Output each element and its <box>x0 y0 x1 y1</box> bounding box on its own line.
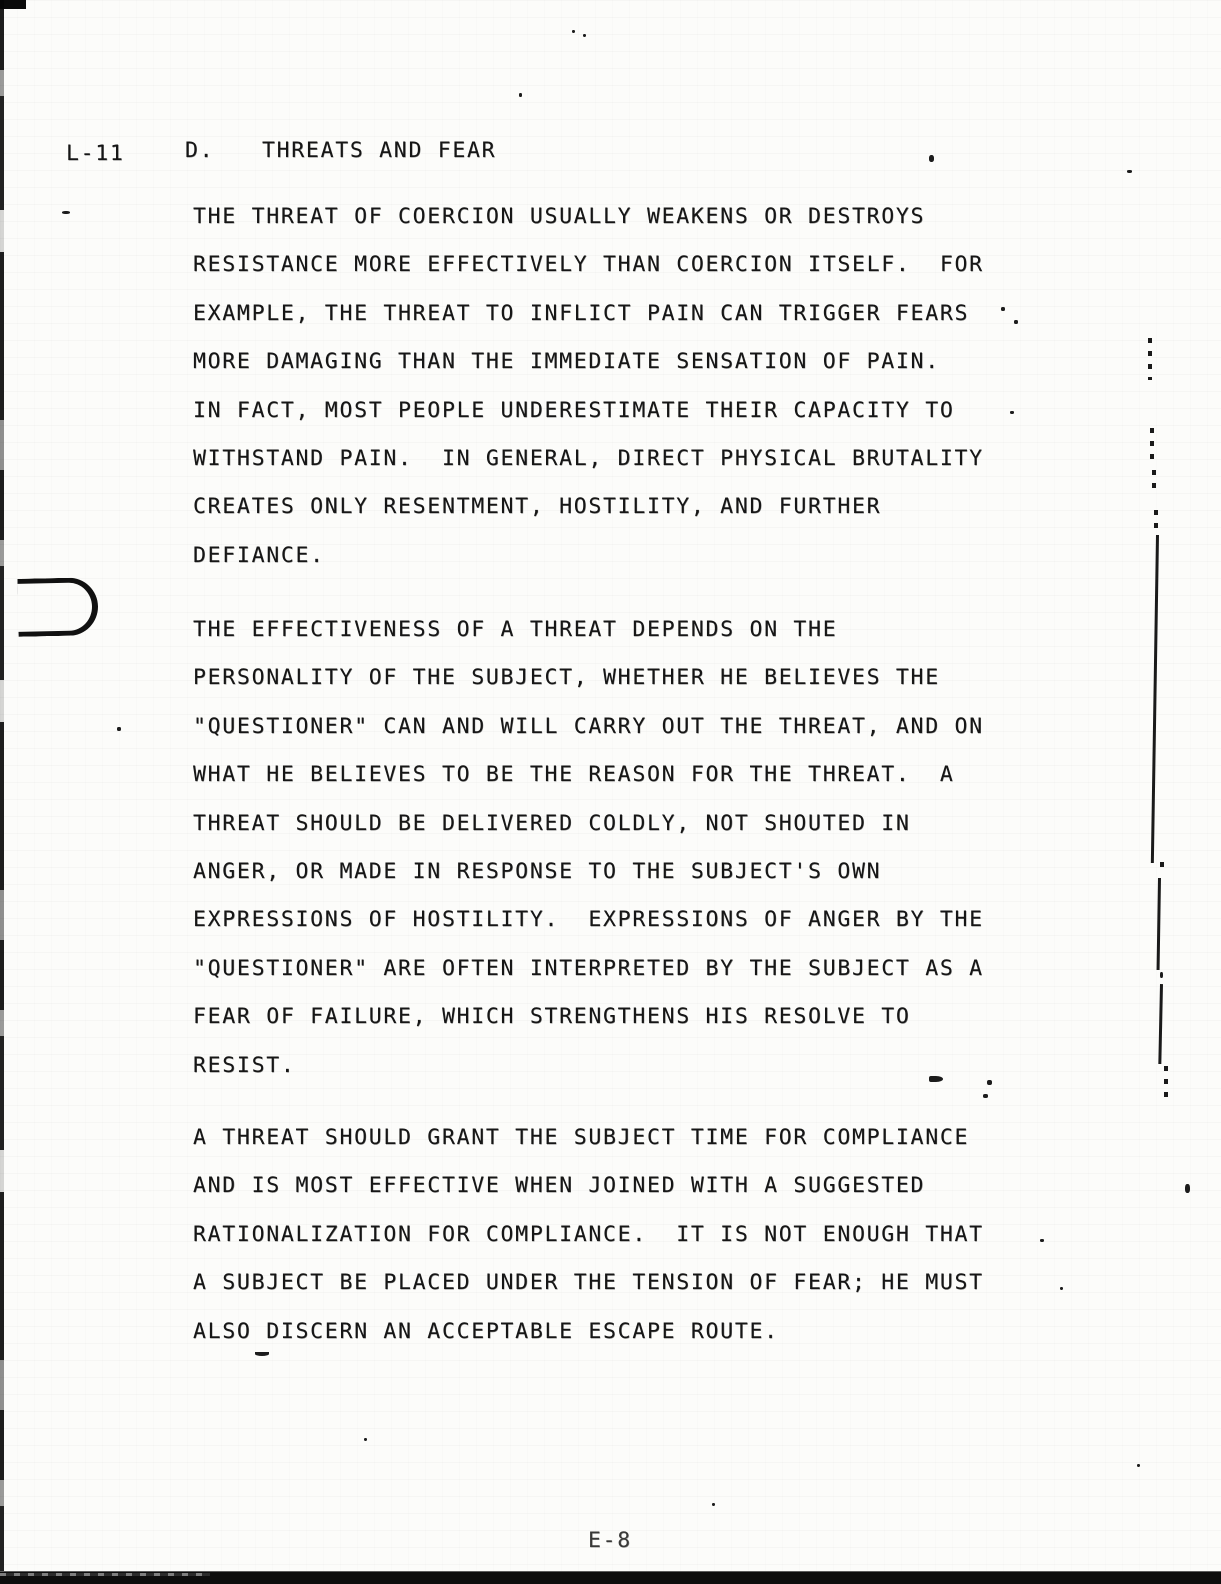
text-line: CREATES ONLY RESENTMENT, HOSTILITY, AND … <box>193 483 984 531</box>
scan-speck <box>1010 411 1014 414</box>
scan-speck <box>583 34 586 37</box>
scan-speck <box>929 155 934 162</box>
footer-page-number: E-8 <box>588 1528 632 1553</box>
scan-speck <box>255 1352 269 1356</box>
text-line: THREAT SHOULD BE DELIVERED COLDLY, NOT S… <box>193 800 984 848</box>
handwritten-bracket-mark <box>17 577 98 637</box>
text-line: PERSONALITY OF THE SUBJECT, WHETHER HE B… <box>193 654 984 702</box>
text-line: ANGER, OR MADE IN RESPONSE TO THE SUBJEC… <box>193 848 984 896</box>
text-line: THE EFFECTIVENESS OF A THREAT DEPENDS ON… <box>193 606 984 654</box>
paragraph-3: A THREAT SHOULD GRANT THE SUBJECT TIME F… <box>193 1114 984 1356</box>
scan-speck <box>1060 1287 1063 1290</box>
scan-margin-line-dotted <box>1164 1066 1168 1100</box>
scan-speck <box>1160 972 1163 978</box>
text-line: "QUESTIONER" CAN AND WILL CARRY OUT THE … <box>193 703 984 751</box>
scan-speck <box>1185 1184 1190 1193</box>
text-line: RATIONALIZATION FOR COMPLIANCE. IT IS NO… <box>193 1211 984 1259</box>
text-line: "QUESTIONER" ARE OFTEN INTERPRETED BY TH… <box>193 945 984 993</box>
scan-speck <box>929 1076 943 1082</box>
text-line: RESISTANCE MORE EFFECTIVELY THAN COERCIO… <box>193 241 984 289</box>
scan-margin-line-dotted <box>1154 510 1158 534</box>
scan-speck <box>1014 320 1018 324</box>
page-label: L-11 <box>66 141 125 166</box>
scan-speck <box>1127 170 1132 173</box>
scan-speck <box>1001 307 1005 311</box>
scan-margin-line <box>1157 878 1161 970</box>
scan-speck <box>1137 1464 1140 1467</box>
scan-speck <box>519 93 522 97</box>
scan-margin-line-dotted <box>1150 428 1154 464</box>
scan-speck <box>712 1503 715 1506</box>
scan-speck <box>117 727 121 731</box>
scan-margin-line <box>1158 984 1162 1064</box>
scan-margin-line <box>1151 535 1159 863</box>
scan-speck <box>983 1094 988 1098</box>
scanned-document-page: L-11 D. THREATS AND FEAR THE THREAT OF C… <box>0 0 1221 1584</box>
scan-speck <box>364 1438 367 1441</box>
section-letter: D. <box>185 138 214 163</box>
paragraph-1: THE THREAT OF COERCION USUALLY WEAKENS O… <box>193 193 984 580</box>
scan-edge-left <box>0 0 4 1572</box>
scan-speck <box>1040 1239 1044 1242</box>
scan-margin-line-dotted <box>1160 862 1164 874</box>
scan-speck <box>572 30 575 33</box>
scan-speck <box>987 1080 992 1085</box>
section-title: THREATS AND FEAR <box>262 138 496 163</box>
text-line: WITHSTAND PAIN. IN GENERAL, DIRECT PHYSI… <box>193 435 984 483</box>
text-line: RESIST. <box>193 1042 984 1090</box>
text-line: MORE DAMAGING THAN THE IMMEDIATE SENSATI… <box>193 338 984 386</box>
text-line: WHAT HE BELIEVES TO BE THE REASON FOR TH… <box>193 751 984 799</box>
scan-margin-line-dotted <box>1148 338 1152 380</box>
text-line: EXAMPLE, THE THREAT TO INFLICT PAIN CAN … <box>193 290 984 338</box>
text-line: FEAR OF FAILURE, WHICH STRENGTHENS HIS R… <box>193 993 984 1041</box>
text-line: THE THREAT OF COERCION USUALLY WEAKENS O… <box>193 193 984 241</box>
text-line: IN FACT, MOST PEOPLE UNDERESTIMATE THEIR… <box>193 387 984 435</box>
text-line: AND IS MOST EFFECTIVE WHEN JOINED WITH A… <box>193 1162 984 1210</box>
text-line: A THREAT SHOULD GRANT THE SUBJECT TIME F… <box>193 1114 984 1162</box>
text-line: A SUBJECT BE PLACED UNDER THE TENSION OF… <box>193 1259 984 1307</box>
paragraph-2: THE EFFECTIVENESS OF A THREAT DEPENDS ON… <box>193 606 984 1090</box>
scan-margin-line-dotted <box>1152 470 1156 488</box>
text-line: ALSO DISCERN AN ACCEPTABLE ESCAPE ROUTE. <box>193 1308 984 1356</box>
text-line: EXPRESSIONS OF HOSTILITY. EXPRESSIONS OF… <box>193 896 984 944</box>
scan-edge-bottom-fade <box>0 1573 210 1576</box>
text-line: DEFIANCE. <box>193 532 984 580</box>
scan-speck <box>62 211 70 214</box>
